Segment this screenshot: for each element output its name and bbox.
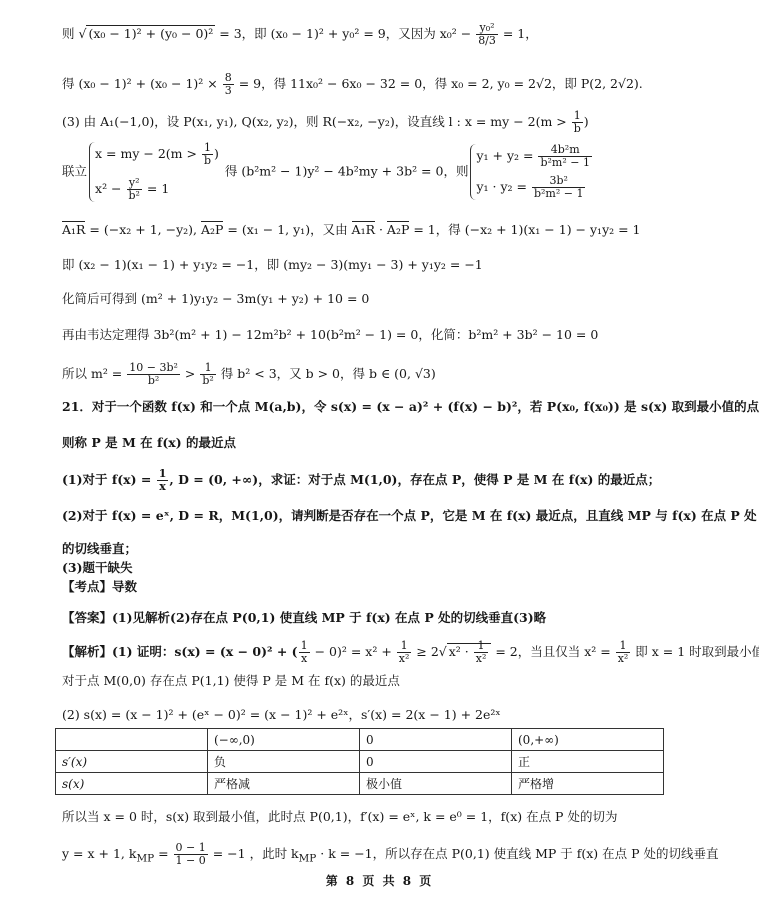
fraction: 1x <box>299 640 310 665</box>
text: · <box>375 222 387 237</box>
text: y = x + 1, k <box>62 846 136 861</box>
table-cell: 0 <box>360 751 512 773</box>
fraction: 1x² <box>474 640 489 665</box>
solution-line-7: 化简后可得到 (m² + 1)y₁y₂ − 3m(y₁ + y₂) + 10 =… <box>62 290 369 308</box>
question-21-definition: 则称 P 是 M 在 f(x) 的最近点 <box>62 434 236 452</box>
vector: A₂P <box>201 221 223 237</box>
question-21-part-3: (3)题干缺失 <box>62 559 133 577</box>
text: (3) 由 A₁(−1,0)，设 P(x₁, y₁), Q(x₂, y₂)，则 … <box>62 114 571 129</box>
system-eq-1: x = my − 2(m > 1b) <box>95 142 219 167</box>
text: ≥ 2 <box>412 644 438 659</box>
text: 所以 m² = <box>62 366 126 381</box>
text: = <box>154 846 172 861</box>
text: = 2，当且仅当 x² = <box>491 644 614 659</box>
solution-line-1: 则 √(x₀ − 1)² + (y₀ − 0)² = 3，即 (x₀ − 1)²… <box>62 22 538 47</box>
fraction: y₀²8/3 <box>476 22 498 47</box>
solution-line-2: 得 (x₀ − 1)² + (x₀ − 1)² × 83 = 9，得 11x₀²… <box>62 72 643 97</box>
denominator: b² <box>127 375 180 387</box>
equation-system-left: x = my − 2(m > 1b) x² − y²b² = 1 <box>89 142 219 202</box>
analysis-part-2-conclusion: y = x + 1, kMP = 0 − 11 − 0 = −1 ，此时 kMP… <box>62 842 719 868</box>
text: 得 (b²m² − 1)y² − 4b²my + 3b² = 0，则 <box>221 164 469 179</box>
text: 即 x = 1 时取到最小值，所以 <box>631 644 759 659</box>
table-cell: 负 <box>208 751 360 773</box>
text: = (x₁ − 1, y₁)，又由 <box>223 222 351 237</box>
question-21-part-1: (1)对于 f(x) = 1x, D = (0, +∞)，求证：对于点 M(1,… <box>62 468 660 493</box>
fraction: 1b <box>572 110 583 135</box>
text: · k = −1，所以存在点 P(0,1) 使直线 MP 于 f(x) 在点 P… <box>316 846 718 861</box>
table-cell: s′(x) <box>56 751 208 773</box>
monotonicity-table: (−∞,0) 0 (0,+∞) s′(x) 负 0 正 s(x) 严格减 极小值… <box>55 728 664 795</box>
fraction: 10 − 3b²b² <box>127 362 180 387</box>
text: − 0)² = x² + <box>311 644 396 659</box>
fraction: y²b² <box>127 177 142 202</box>
text: = 9，得 11x₀² − 6x₀ − 32 = 0，得 x₀ = 2, y₀ … <box>235 76 643 91</box>
table-header-row: (−∞,0) 0 (0,+∞) <box>56 729 664 751</box>
text: = 1，得 (−x₂ + 1)(x₁ − 1) − y₁y₂ = 1 <box>409 222 640 237</box>
text: ) <box>584 114 589 129</box>
text: = 1， <box>499 26 538 41</box>
subscript: MP <box>299 853 317 865</box>
question-21-part-2-cont: 的切线垂直； <box>62 540 137 558</box>
text: 则 <box>62 26 78 41</box>
analysis-part-1-conclusion: 对于点 M(0,0) 存在点 P(1,1) 使得 P 是 M 在 f(x) 的最… <box>62 672 400 690</box>
analysis-part-2-derivative: (2) s(x) = (x − 1)² + (eˣ − 0)² = (x − 1… <box>62 706 501 724</box>
text: 得 (x₀ − 1)² + (x₀ − 1)² × <box>62 76 222 91</box>
table-cell: 0 <box>360 729 512 751</box>
fraction: 1x² <box>397 640 412 665</box>
vector: A₁R <box>352 221 375 237</box>
text: y₁ + y₂ = <box>476 148 537 163</box>
question-21-stem: 21．对于一个函数 f(x) 和一个点 M(a,b)，令 s(x) = (x −… <box>62 398 759 416</box>
denominator: x² <box>474 653 489 665</box>
spacer <box>95 167 219 177</box>
text: x² − <box>95 181 125 196</box>
label: 联立 <box>62 164 87 179</box>
simultaneous-system: 联立 x = my − 2(m > 1b) x² − y²b² = 1 得 (b… <box>62 142 595 202</box>
table-row: s(x) 严格减 极小值 严格增 <box>56 773 664 795</box>
solution-line-8: 再由韦达定理得 3b²(m² + 1) − 12m²b² + 10(b²m² −… <box>62 326 598 344</box>
fraction: 1b <box>202 142 213 167</box>
solution-line-6: 即 (x₂ − 1)(x₁ − 1) + y₁y₂ = −1，即 (my₂ − … <box>62 256 483 274</box>
text: = 3，即 (x₀ − 1)² + y₀² = 9，又因为 x₀² − <box>215 26 475 41</box>
text: x = my − 2(m > <box>95 146 201 161</box>
text: = (−x₂ + 1, −y₂), <box>85 222 201 237</box>
sqrt-sign: √ <box>439 644 447 659</box>
vector-line: A₁R = (−x₂ + 1, −y₂), A₂P = (x₁ − 1, y₁)… <box>62 221 641 239</box>
fraction: 83 <box>223 72 234 97</box>
fraction: 1x² <box>616 640 631 665</box>
fraction: 3b²b²m² − 1 <box>532 175 586 200</box>
denominator: b²m² − 1 <box>532 188 586 200</box>
text: = 1 <box>143 181 169 196</box>
text: (1)对于 f(x) = <box>62 472 156 487</box>
system-eq-2: x² − y²b² = 1 <box>95 177 219 202</box>
fraction: 1x <box>157 468 169 493</box>
fraction: 1b² <box>200 362 215 387</box>
answer-label: 【答案】(1)见解析(2)存在点 P(0,1) 使直线 MP 于 f(x) 在点… <box>62 609 546 627</box>
table-cell: (−∞,0) <box>208 729 360 751</box>
vieta-sum: y₁ + y₂ = 4b²mb²m² − 1 <box>476 144 593 169</box>
text: y₁ · y₂ = <box>476 179 531 194</box>
denominator: b <box>202 155 213 167</box>
table-cell <box>56 729 208 751</box>
table-cell: 严格减 <box>208 773 360 795</box>
denominator: b <box>572 123 583 135</box>
denominator: b²m² − 1 <box>538 157 592 169</box>
vector: A₁R <box>62 221 85 237</box>
analysis-part-2-minimum: 所以当 x = 0 时，s(x) 取到最小值，此时点 P(0,1)，f′(x) … <box>62 808 617 826</box>
denominator: b² <box>200 375 215 387</box>
denominator: x <box>299 653 310 665</box>
table-cell: 极小值 <box>360 773 512 795</box>
solution-line-9: 所以 m² = 10 − 3b²b² > 1b² 得 b² < 3，又 b > … <box>62 362 436 387</box>
table-cell: (0,+∞) <box>512 729 664 751</box>
text: , D = (0, +∞)，求证：对于点 M(1,0)，存在点 P，使得 P 是… <box>169 472 660 487</box>
text: > <box>181 366 199 381</box>
page-footer: 第 8 页 共 8 页 <box>0 872 759 889</box>
subscript: MP <box>136 853 154 865</box>
table-cell: 严格增 <box>512 773 664 795</box>
text: = −1 ，此时 k <box>209 846 299 861</box>
text: ) <box>214 146 219 161</box>
sqrt-expression: x² · 1x² <box>447 643 492 659</box>
vieta-product: y₁ · y₂ = 3b²b²m² − 1 <box>476 175 593 200</box>
text: 【解析】(1) 证明：s(x) = (x − 0)² + ( <box>62 644 298 659</box>
table-cell: s(x) <box>56 773 208 795</box>
equation-system-right: y₁ + y₂ = 4b²mb²m² − 1 y₁ · y₂ = 3b²b²m²… <box>470 144 593 200</box>
part-3-setup: (3) 由 A₁(−1,0)，设 P(x₁, y₁), Q(x₂, y₂)，则 … <box>62 110 589 135</box>
denominator: x <box>157 481 169 493</box>
denominator: 3 <box>223 85 234 97</box>
table-cell: 正 <box>512 751 664 773</box>
question-21-part-2: (2)对于 f(x) = eˣ, D = R，M(1,0)，请判断是否存在一个点… <box>62 507 757 525</box>
denominator: 8/3 <box>476 35 498 47</box>
fraction: 4b²mb²m² − 1 <box>538 144 592 169</box>
text: x² · <box>449 644 473 659</box>
denominator: x² <box>397 653 412 665</box>
denominator: b² <box>127 190 142 202</box>
text: 得 b² < 3，又 b > 0，得 b ∈ (0, √3) <box>217 366 436 381</box>
vector: A₂P <box>387 221 409 237</box>
fraction: 0 − 11 − 0 <box>174 842 208 867</box>
topic-label: 【考点】导数 <box>62 578 137 596</box>
analysis-part-1: 【解析】(1) 证明：s(x) = (x − 0)² + (1x − 0)² =… <box>62 640 759 665</box>
denominator: x² <box>616 653 631 665</box>
sqrt-expression: (x₀ − 1)² + (y₀ − 0)² <box>86 25 215 41</box>
table-row: s′(x) 负 0 正 <box>56 751 664 773</box>
denominator: 1 − 0 <box>174 855 208 867</box>
